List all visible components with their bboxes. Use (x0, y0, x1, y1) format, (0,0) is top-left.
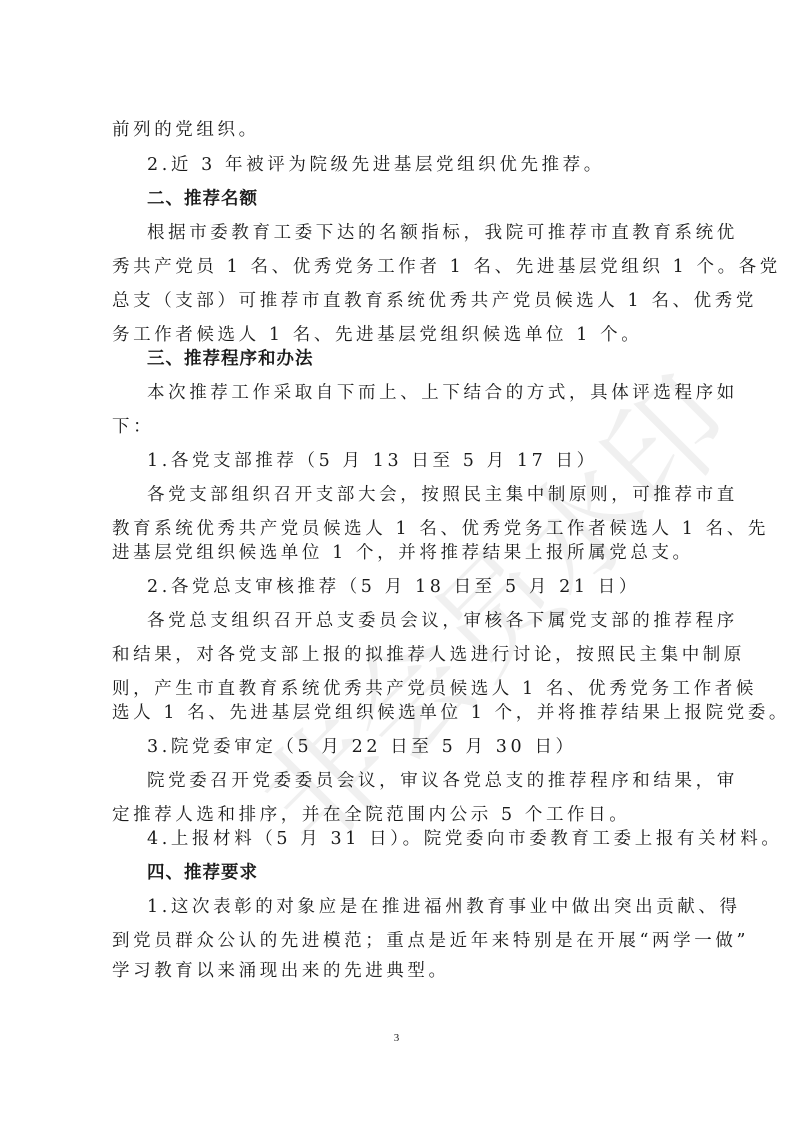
paragraph-line: 1.各党支部推荐（5 月 13 日至 5 月 17 日） (147, 451, 717, 471)
paragraph-line: 下： (112, 417, 682, 437)
paragraph-line: 4.上报材料（5 月 31 日）。院党委向市委教育工委上报有关材料。 (147, 829, 717, 849)
page-number: 3 (0, 1032, 793, 1044)
section-heading: 三、推荐程序和办法 (147, 349, 717, 369)
paragraph-line: 总支（支部）可推荐市直教育系统优秀共产党员候选人 1 名、优秀党 (112, 291, 682, 311)
paragraph-line: 秀共产党员 1 名、优秀党务工作者 1 名、先进基层党组织 1 个。各党 (112, 257, 682, 277)
paragraph-line: 本次推荐工作采取自下而上、上下结合的方式，具体评选程序如 (147, 383, 717, 403)
paragraph-line: 根据市委教育工委下达的名额指标，我院可推荐市直教育系统优 (147, 223, 717, 243)
section-heading: 二、推荐名额 (147, 189, 717, 209)
paragraph-line: 进基层党组织候选单位 1 个，并将推荐结果上报所属党总支。 (112, 543, 682, 563)
paragraph-line: 和结果，对各党支部上报的拟推荐人选进行讨论，按照民主集中制原 (112, 645, 682, 665)
document-page: 非会员水印 前列的党组织。2.近 3 年被评为院级先进基层党组织优先推荐。二、推… (0, 0, 793, 1122)
paragraph-line: 1.这次表彰的对象应是在推进福州教育事业中做出突出贡献、得 (147, 897, 717, 917)
paragraph-line: 2.各党总支审核推荐（5 月 18 日至 5 月 21 日） (147, 577, 717, 597)
paragraph-line: 各党总支组织召开总支委员会议，审核各下属党支部的推荐程序 (147, 611, 717, 631)
paragraph-line: 院党委召开党委委员会议，审议各党总支的推荐程序和结果，审 (147, 771, 717, 791)
paragraph-line: 2.近 3 年被评为院级先进基层党组织优先推荐。 (147, 155, 717, 175)
paragraph-line: 选人 1 名、先进基层党组织候选单位 1 个，并将推荐结果上报院党委。 (112, 703, 682, 723)
paragraph-line: 前列的党组织。 (112, 120, 682, 140)
paragraph-line: 学习教育以来涌现出来的先进典型。 (112, 961, 682, 981)
paragraph-line: 则，产生市直教育系统优秀共产党员候选人 1 名、优秀党务工作者候 (112, 679, 682, 699)
paragraph-line: 各党支部组织召开支部大会，按照民主集中制原则，可推荐市直 (147, 485, 717, 505)
paragraph-line: 教育系统优秀共产党员候选人 1 名、优秀党务工作者候选人 1 名、先 (112, 519, 682, 539)
paragraph-line: 定推荐人选和排序，并在全院范围内公示 5 个工作日。 (112, 805, 682, 825)
paragraph-line: 务工作者候选人 1 名、先进基层党组织候选单位 1 个。 (112, 325, 682, 345)
paragraph-line: 到党员群众公认的先进模范；重点是近年来特别是在开展“两学一做” (112, 931, 682, 951)
paragraph-line: 3.院党委审定（5 月 22 日至 5 月 30 日） (147, 737, 717, 757)
watermark: 非会员水印 (217, 333, 763, 879)
section-heading: 四、推荐要求 (147, 863, 717, 883)
